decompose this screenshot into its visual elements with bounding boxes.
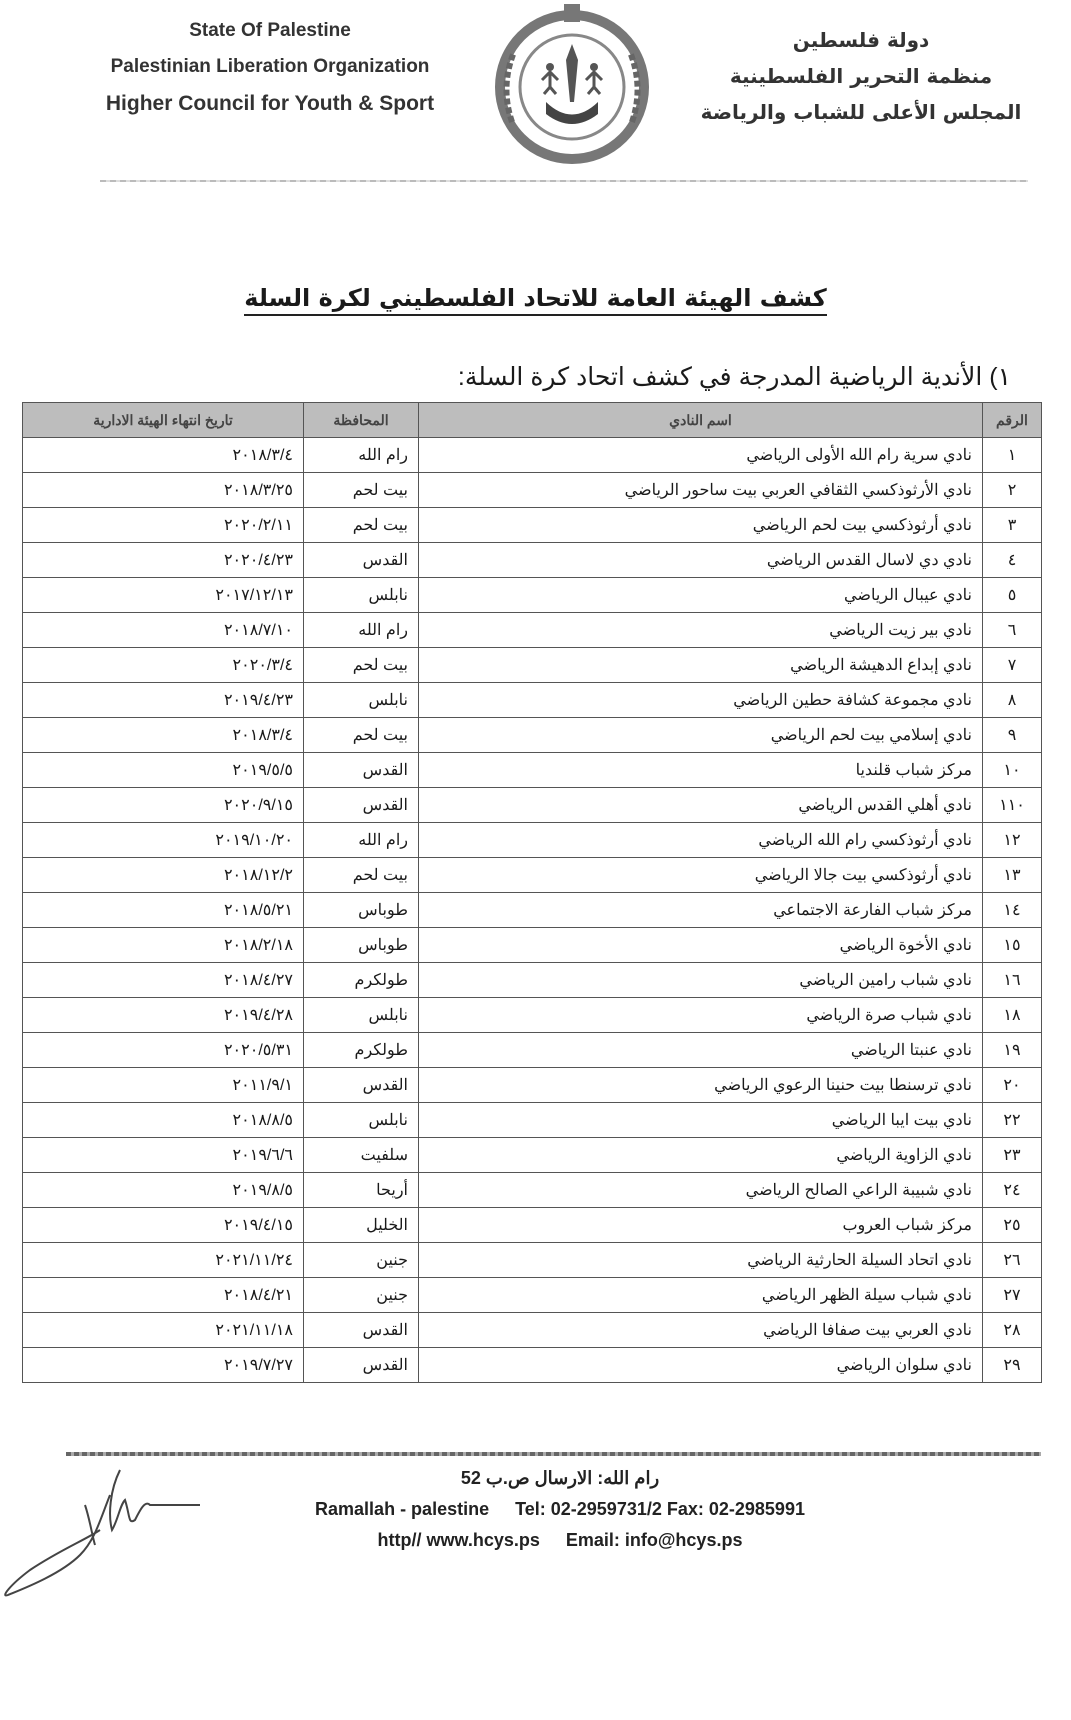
table-row: ٢٧نادي شباب سيلة الظهر الرياضيجنين٢٠١٨/٤… xyxy=(23,1278,1042,1313)
table-row: ١٩نادي عنبتا الرياضيطولكرم٢٠٢٠/٥/٣١ xyxy=(23,1033,1042,1068)
club-name-cell: نادي الأرثوذكسي الثقافي العربي بيت ساحور… xyxy=(419,473,983,508)
footer-address-ar: رام الله: الارسال ص.ب 52 xyxy=(270,1468,850,1489)
table-row: ٤نادي دي لاسال القدس الرياضيالقدس٢٠٢٠/٤/… xyxy=(23,543,1042,578)
state-name-ar: دولة فلسطين xyxy=(691,28,1031,52)
club-name-cell: نادي الأخوة الرياضي xyxy=(419,928,983,963)
governorate-cell: الخليل xyxy=(304,1208,419,1243)
club-name-cell: نادي شباب رامين الرياضي xyxy=(419,963,983,998)
table-header-row: الرقم اسم النادي المحافظة تاريخ انتهاء ا… xyxy=(23,403,1042,438)
board-expiry-date-cell: ٢٠١٩/٨/٥ xyxy=(23,1173,304,1208)
table-row: ١نادي سرية رام الله الأولى الرياضيرام ال… xyxy=(23,438,1042,473)
header-divider xyxy=(100,180,1028,182)
row-number-cell: ٢٣ xyxy=(983,1138,1042,1173)
footer-email-link[interactable]: Email: info@hcys.ps xyxy=(566,1530,743,1550)
table-row: ٢٠نادي ترسنطا بيت حنينا الرعوي الرياضيال… xyxy=(23,1068,1042,1103)
council-name-ar: المجلس الأعلى للشباب والرياضة xyxy=(691,100,1031,124)
board-expiry-date-cell: ٢٠١٩/٧/٢٧ xyxy=(23,1348,304,1383)
club-name-cell: نادي شباب صرة الرياضي xyxy=(419,998,983,1033)
club-name-cell: نادي إسلامي بيت لحم الرياضي xyxy=(419,718,983,753)
board-expiry-date-cell: ٢٠١٩/٤/٢٨ xyxy=(23,998,304,1033)
row-number-cell: ١ xyxy=(983,438,1042,473)
row-number-cell: ٢٦ xyxy=(983,1243,1042,1278)
footer-phone-fax: Tel: 02-2959731/2 Fax: 02-2985991 xyxy=(515,1499,805,1519)
governorate-cell: جنين xyxy=(304,1278,419,1313)
table-row: ٥نادي عيبال الرياضينابلس٢٠١٧/١٢/١٣ xyxy=(23,578,1042,613)
club-name-cell: نادي ترسنطا بيت حنينا الرعوي الرياضي xyxy=(419,1068,983,1103)
governorate-cell: رام الله xyxy=(304,438,419,473)
board-expiry-date-cell: ٢٠٢١/١١/١٨ xyxy=(23,1313,304,1348)
club-name-cell: نادي شباب سيلة الظهر الرياضي xyxy=(419,1278,983,1313)
board-expiry-date-cell: ٢٠٢٠/٩/١٥ xyxy=(23,788,304,823)
footer-website-link[interactable]: http// www.hcys.ps xyxy=(378,1530,540,1550)
governorate-cell: أريحا xyxy=(304,1173,419,1208)
board-expiry-date-cell: ٢٠١٨/٢/١٨ xyxy=(23,928,304,963)
board-expiry-date-cell: ٢٠١٨/٥/٢١ xyxy=(23,893,304,928)
governorate-cell: سلفيت xyxy=(304,1138,419,1173)
governorate-cell: بيت لحم xyxy=(304,508,419,543)
row-number-cell: ١٨ xyxy=(983,998,1042,1033)
board-expiry-date-cell: ٢٠١٧/١٢/١٣ xyxy=(23,578,304,613)
governorate-cell: القدس xyxy=(304,753,419,788)
letterhead-english: State Of Palestine Palestinian Liberatio… xyxy=(90,20,450,130)
governorate-cell: طوباس xyxy=(304,893,419,928)
row-number-cell: ٥ xyxy=(983,578,1042,613)
row-number-cell: ٣ xyxy=(983,508,1042,543)
table-row: ٧نادي إبداع الدهيشة الرياضيبيت لحم٢٠٢٠/٣… xyxy=(23,648,1042,683)
club-name-cell: نادي بيت ايبا الرياضي xyxy=(419,1103,983,1138)
club-name-cell: نادي مجموعة كشافة حطين الرياضي xyxy=(419,683,983,718)
board-expiry-date-cell: ٢٠١٨/٣/٤ xyxy=(23,438,304,473)
clubs-table: الرقم اسم النادي المحافظة تاريخ انتهاء ا… xyxy=(22,402,1042,1383)
table-row: ١٦نادي شباب رامين الرياضيطولكرم٢٠١٨/٤/٢٧ xyxy=(23,963,1042,998)
row-number-cell: ٢٢ xyxy=(983,1103,1042,1138)
table-row: ٢٥مركز شباب العروبالخليل٢٠١٩/٤/١٥ xyxy=(23,1208,1042,1243)
board-expiry-date-cell: ٢٠١٨/٤/٢١ xyxy=(23,1278,304,1313)
club-name-cell: نادي أهلي القدس الرياضي xyxy=(419,788,983,823)
table-row: ٢٣نادي الزاوية الرياضيسلفيت٢٠١٩/٦/٦ xyxy=(23,1138,1042,1173)
club-name-cell: نادي عنبتا الرياضي xyxy=(419,1033,983,1068)
footer-divider xyxy=(66,1452,1041,1456)
board-expiry-date-cell: ٢٠١٨/٧/١٠ xyxy=(23,613,304,648)
table-row: ٩نادي إسلامي بيت لحم الرياضيبيت لحم٢٠١٨/… xyxy=(23,718,1042,753)
col-board-expiry-header: تاريخ انتهاء الهيئة الادارية xyxy=(23,403,304,438)
row-number-cell: ٢ xyxy=(983,473,1042,508)
table-row: ١١٠نادي أهلي القدس الرياضيالقدس٢٠٢٠/٩/١٥ xyxy=(23,788,1042,823)
footer-contact: رام الله: الارسال ص.ب 52 Ramallah - pale… xyxy=(270,1468,850,1561)
club-name-cell: مركز شباب قلنديا xyxy=(419,753,983,788)
board-expiry-date-cell: ٢٠٢٠/٤/٢٣ xyxy=(23,543,304,578)
letterhead-arabic: دولة فلسطين منظمة التحرير الفلسطينية الم… xyxy=(691,28,1031,136)
council-emblem-logo xyxy=(490,2,655,167)
table-row: ١٣نادي أرثوذكسي بيت جالا الرياضيبيت لحم٢… xyxy=(23,858,1042,893)
governorate-cell: نابلس xyxy=(304,1103,419,1138)
council-name-en: Higher Council for Youth & Sport xyxy=(90,92,450,116)
table-row: ٢٩نادي سلوان الرياضيالقدس٢٠١٩/٧/٢٧ xyxy=(23,1348,1042,1383)
governorate-cell: القدس xyxy=(304,1313,419,1348)
governorate-cell: بيت لحم xyxy=(304,858,419,893)
club-name-cell: نادي الزاوية الرياضي xyxy=(419,1138,983,1173)
club-name-cell: نادي بير زيت الرياضي xyxy=(419,613,983,648)
row-number-cell: ١٥ xyxy=(983,928,1042,963)
board-expiry-date-cell: ٢٠١٨/٣/٢٥ xyxy=(23,473,304,508)
club-name-cell: نادي إبداع الدهيشة الرياضي xyxy=(419,648,983,683)
club-name-cell: نادي العربي بيت صفافا الرياضي xyxy=(419,1313,983,1348)
governorate-cell: القدس xyxy=(304,1068,419,1103)
board-expiry-date-cell: ٢٠١٨/١٢/٢ xyxy=(23,858,304,893)
club-name-cell: نادي دي لاسال القدس الرياضي xyxy=(419,543,983,578)
row-number-cell: ١١٠ xyxy=(983,788,1042,823)
organization-name-en: Palestinian Liberation Organization xyxy=(90,56,450,78)
governorate-cell: بيت لحم xyxy=(304,718,419,753)
row-number-cell: ٢٧ xyxy=(983,1278,1042,1313)
table-row: ٢٦نادي اتحاد السيلة الحارثية الرياضيجنين… xyxy=(23,1243,1042,1278)
col-number-header: الرقم xyxy=(983,403,1042,438)
row-number-cell: ٢٨ xyxy=(983,1313,1042,1348)
table-row: ١٢نادي أرثوذكسي رام الله الرياضيرام الله… xyxy=(23,823,1042,858)
row-number-cell: ١٦ xyxy=(983,963,1042,998)
governorate-cell: جنين xyxy=(304,1243,419,1278)
board-expiry-date-cell: ٢٠١٨/٨/٥ xyxy=(23,1103,304,1138)
governorate-cell: نابلس xyxy=(304,998,419,1033)
table-row: ٣نادي أرثوذكسي بيت لحم الرياضيبيت لحم٢٠٢… xyxy=(23,508,1042,543)
row-number-cell: ١٤ xyxy=(983,893,1042,928)
state-name-en: State Of Palestine xyxy=(90,20,450,42)
governorate-cell: نابلس xyxy=(304,683,419,718)
row-number-cell: ١٣ xyxy=(983,858,1042,893)
col-governorate-header: المحافظة xyxy=(304,403,419,438)
table-row: ٦نادي بير زيت الرياضيرام الله٢٠١٨/٧/١٠ xyxy=(23,613,1042,648)
table-row: ٢٢نادي بيت ايبا الرياضينابلس٢٠١٨/٨/٥ xyxy=(23,1103,1042,1138)
row-number-cell: ٦ xyxy=(983,613,1042,648)
board-expiry-date-cell: ٢٠٢٠/٥/٣١ xyxy=(23,1033,304,1068)
board-expiry-date-cell: ٢٠١٩/٦/٦ xyxy=(23,1138,304,1173)
club-name-cell: نادي أرثوذكسي بيت جالا الرياضي xyxy=(419,858,983,893)
board-expiry-date-cell: ٢٠٢١/١١/٢٤ xyxy=(23,1243,304,1278)
row-number-cell: ٩ xyxy=(983,718,1042,753)
table-row: ٢نادي الأرثوذكسي الثقافي العربي بيت ساحو… xyxy=(23,473,1042,508)
row-number-cell: ٢٩ xyxy=(983,1348,1042,1383)
table-row: ١٨نادي شباب صرة الرياضينابلس٢٠١٩/٤/٢٨ xyxy=(23,998,1042,1033)
footer-web-line: http// www.hcys.psEmail: info@hcys.ps xyxy=(270,1530,850,1551)
governorate-cell: القدس xyxy=(304,543,419,578)
board-expiry-date-cell: ٢٠١٨/٣/٤ xyxy=(23,718,304,753)
footer-location-line: Ramallah - palestineTel: 02-2959731/2 Fa… xyxy=(270,1499,850,1520)
row-number-cell: ٢٥ xyxy=(983,1208,1042,1243)
board-expiry-date-cell: ٢٠١٩/٤/٢٣ xyxy=(23,683,304,718)
club-name-cell: مركز شباب الفارعة الاجتماعي xyxy=(419,893,983,928)
governorate-cell: طوباس xyxy=(304,928,419,963)
club-name-cell: مركز شباب العروب xyxy=(419,1208,983,1243)
board-expiry-date-cell: ٢٠١١/٩/١ xyxy=(23,1068,304,1103)
board-expiry-date-cell: ٢٠١٩/١٠/٢٠ xyxy=(23,823,304,858)
governorate-cell: رام الله xyxy=(304,613,419,648)
board-expiry-date-cell: ٢٠٢٠/٣/٤ xyxy=(23,648,304,683)
table-row: ٢٨نادي العربي بيت صفافا الرياضيالقدس٢٠٢١… xyxy=(23,1313,1042,1348)
board-expiry-date-cell: ٢٠١٩/٥/٥ xyxy=(23,753,304,788)
governorate-cell: طولكرم xyxy=(304,1033,419,1068)
club-name-cell: نادي شبيبة الراعي الصالح الرياضي xyxy=(419,1173,983,1208)
governorate-cell: القدس xyxy=(304,788,419,823)
organization-name-ar: منظمة التحرير الفلسطينية xyxy=(691,64,1031,88)
board-expiry-date-cell: ٢٠١٨/٤/٢٧ xyxy=(23,963,304,998)
table-row: ١٤مركز شباب الفارعة الاجتماعيطوباس٢٠١٨/٥… xyxy=(23,893,1042,928)
row-number-cell: ٤ xyxy=(983,543,1042,578)
row-number-cell: ٨ xyxy=(983,683,1042,718)
governorate-cell: القدس xyxy=(304,1348,419,1383)
row-number-cell: ١٩ xyxy=(983,1033,1042,1068)
club-name-cell: نادي أرثوذكسي بيت لحم الرياضي xyxy=(419,508,983,543)
governorate-cell: رام الله xyxy=(304,823,419,858)
club-name-cell: نادي أرثوذكسي رام الله الرياضي xyxy=(419,823,983,858)
table-row: ٢٤نادي شبيبة الراعي الصالح الرياضيأريحا٢… xyxy=(23,1173,1042,1208)
club-name-cell: نادي اتحاد السيلة الحارثية الرياضي xyxy=(419,1243,983,1278)
signature-image xyxy=(0,1460,240,1600)
table-row: ١٠مركز شباب قلندياالقدس٢٠١٩/٥/٥ xyxy=(23,753,1042,788)
club-name-cell: نادي عيبال الرياضي xyxy=(419,578,983,613)
section-heading: ١) الأندية الرياضية المدرجة في كشف اتحاد… xyxy=(458,362,1011,392)
row-number-cell: ١٠ xyxy=(983,753,1042,788)
row-number-cell: ٧ xyxy=(983,648,1042,683)
row-number-cell: ١٢ xyxy=(983,823,1042,858)
governorate-cell: نابلس xyxy=(304,578,419,613)
governorate-cell: بيت لحم xyxy=(304,648,419,683)
row-number-cell: ٢٤ xyxy=(983,1173,1042,1208)
row-number-cell: ٢٠ xyxy=(983,1068,1042,1103)
board-expiry-date-cell: ٢٠١٩/٤/١٥ xyxy=(23,1208,304,1243)
table-row: ١٥نادي الأخوة الرياضيطوباس٢٠١٨/٢/١٨ xyxy=(23,928,1042,963)
col-club-name-header: اسم النادي xyxy=(419,403,983,438)
table-row: ٨نادي مجموعة كشافة حطين الرياضينابلس٢٠١٩… xyxy=(23,683,1042,718)
governorate-cell: طولكرم xyxy=(304,963,419,998)
club-name-cell: نادي سلوان الرياضي xyxy=(419,1348,983,1383)
board-expiry-date-cell: ٢٠٢٠/٢/١١ xyxy=(23,508,304,543)
document-title: كشف الهيئة العامة للاتحاد الفلسطيني لكرة… xyxy=(0,284,1071,312)
footer-city: Ramallah - palestine xyxy=(315,1499,489,1519)
club-name-cell: نادي سرية رام الله الأولى الرياضي xyxy=(419,438,983,473)
governorate-cell: بيت لحم xyxy=(304,473,419,508)
